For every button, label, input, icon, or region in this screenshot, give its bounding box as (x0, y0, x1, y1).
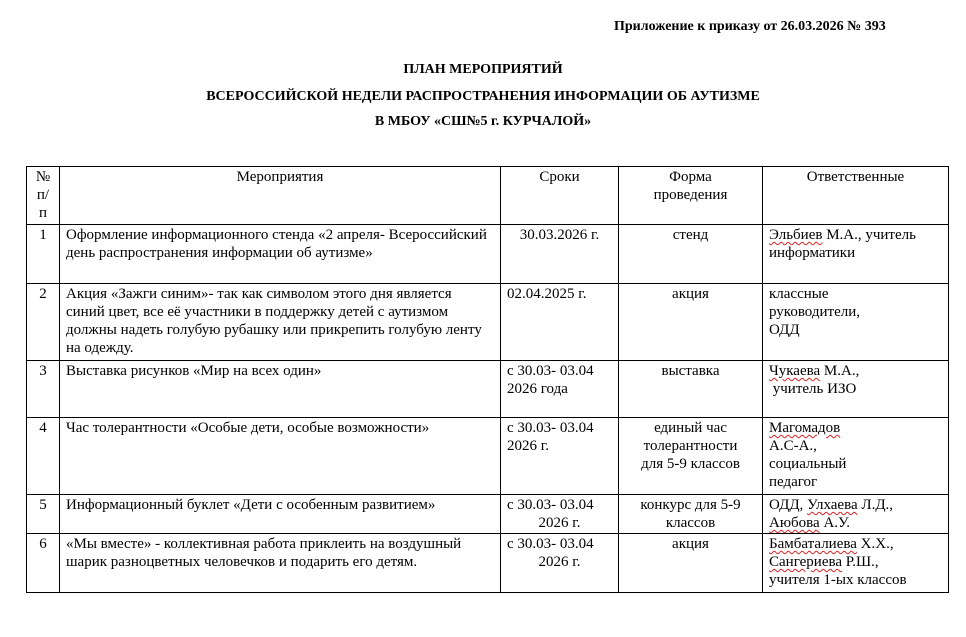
row-number: 3 (27, 361, 60, 418)
event-dates: с 30.03- 03.042026 г. (501, 495, 619, 534)
responsible-persons: Чукаева М.А., учитель ИЗО (763, 361, 949, 418)
responsible-persons: Бамбаталиева Х.Х.,Сангериева Р.Ш.,учител… (763, 534, 949, 593)
responsible-persons: ОДД, Улхаева Л.Д.,Аюбова А.У. (763, 495, 949, 534)
responsible-persons: классныеруководители,ОДД (763, 284, 949, 361)
event-description: Информационный буклет «Дети с особенным … (60, 495, 501, 534)
event-dates: 02.04.2025 г. (501, 284, 619, 361)
table-row: 1Оформление информационного стенда «2 ап… (27, 225, 949, 284)
school-name: В МБОУ «СШ№5 г. КУРЧАЛОЙ» (0, 114, 966, 130)
event-description: Час толерантности «Особые дети, особые в… (60, 418, 501, 495)
event-dates: с 30.03- 03.042026 г. (501, 534, 619, 593)
row-number: 1 (27, 225, 60, 284)
appendix-reference: Приложение к приказу от 26.03.2026 № 393 (614, 19, 886, 35)
event-form: конкурс для 5-9классов (619, 495, 763, 534)
row-number: 4 (27, 418, 60, 495)
event-dates: с 30.03- 03.042026 года (501, 361, 619, 418)
event-form: стенд (619, 225, 763, 284)
document-title: ПЛАН МЕРОПРИЯТИЙ (0, 62, 966, 78)
event-form: акция (619, 534, 763, 593)
event-form: выставка (619, 361, 763, 418)
event-description: Акция «Зажги синим»- так как символом эт… (60, 284, 501, 361)
row-number: 2 (27, 284, 60, 361)
row-number: 5 (27, 495, 60, 534)
table-header-row: № п/ п Мероприятия Сроки Форма проведени… (27, 167, 949, 225)
table-row: 6«Мы вместе» - коллективная работа прикл… (27, 534, 949, 593)
table-row: 5Информационный буклет «Дети с особенным… (27, 495, 949, 534)
row-number: 6 (27, 534, 60, 593)
responsible-persons: Эльбиев М.А., учительинформатики (763, 225, 949, 284)
column-header-event: Мероприятия (60, 167, 501, 225)
column-header-dates: Сроки (501, 167, 619, 225)
responsible-persons: МагомадовА.С-А.,социальныйпедагог (763, 418, 949, 495)
table-row: 3Выставка рисунков «Мир на всех один»с 3… (27, 361, 949, 418)
event-form: акция (619, 284, 763, 361)
event-description: Выставка рисунков «Мир на всех один» (60, 361, 501, 418)
document-subtitle: ВСЕРОССИЙСКОЙ НЕДЕЛИ РАСПРОСТРАНЕНИЯ ИНФ… (0, 89, 966, 105)
event-dates: с 30.03- 03.042026 г. (501, 418, 619, 495)
table-row: 2Акция «Зажги синим»- так как символом э… (27, 284, 949, 361)
events-plan-table: № п/ п Мероприятия Сроки Форма проведени… (26, 166, 949, 593)
column-header-number: № п/ п (27, 167, 60, 225)
table-row: 4Час толерантности «Особые дети, особые … (27, 418, 949, 495)
event-description: «Мы вместе» - коллективная работа прикле… (60, 534, 501, 593)
event-description: Оформление информационного стенда «2 апр… (60, 225, 501, 284)
event-dates: 30.03.2026 г. (501, 225, 619, 284)
column-header-responsible: Ответственные (763, 167, 949, 225)
column-header-form: Форма проведения (619, 167, 763, 225)
event-form: единый частолерантностидля 5-9 классов (619, 418, 763, 495)
